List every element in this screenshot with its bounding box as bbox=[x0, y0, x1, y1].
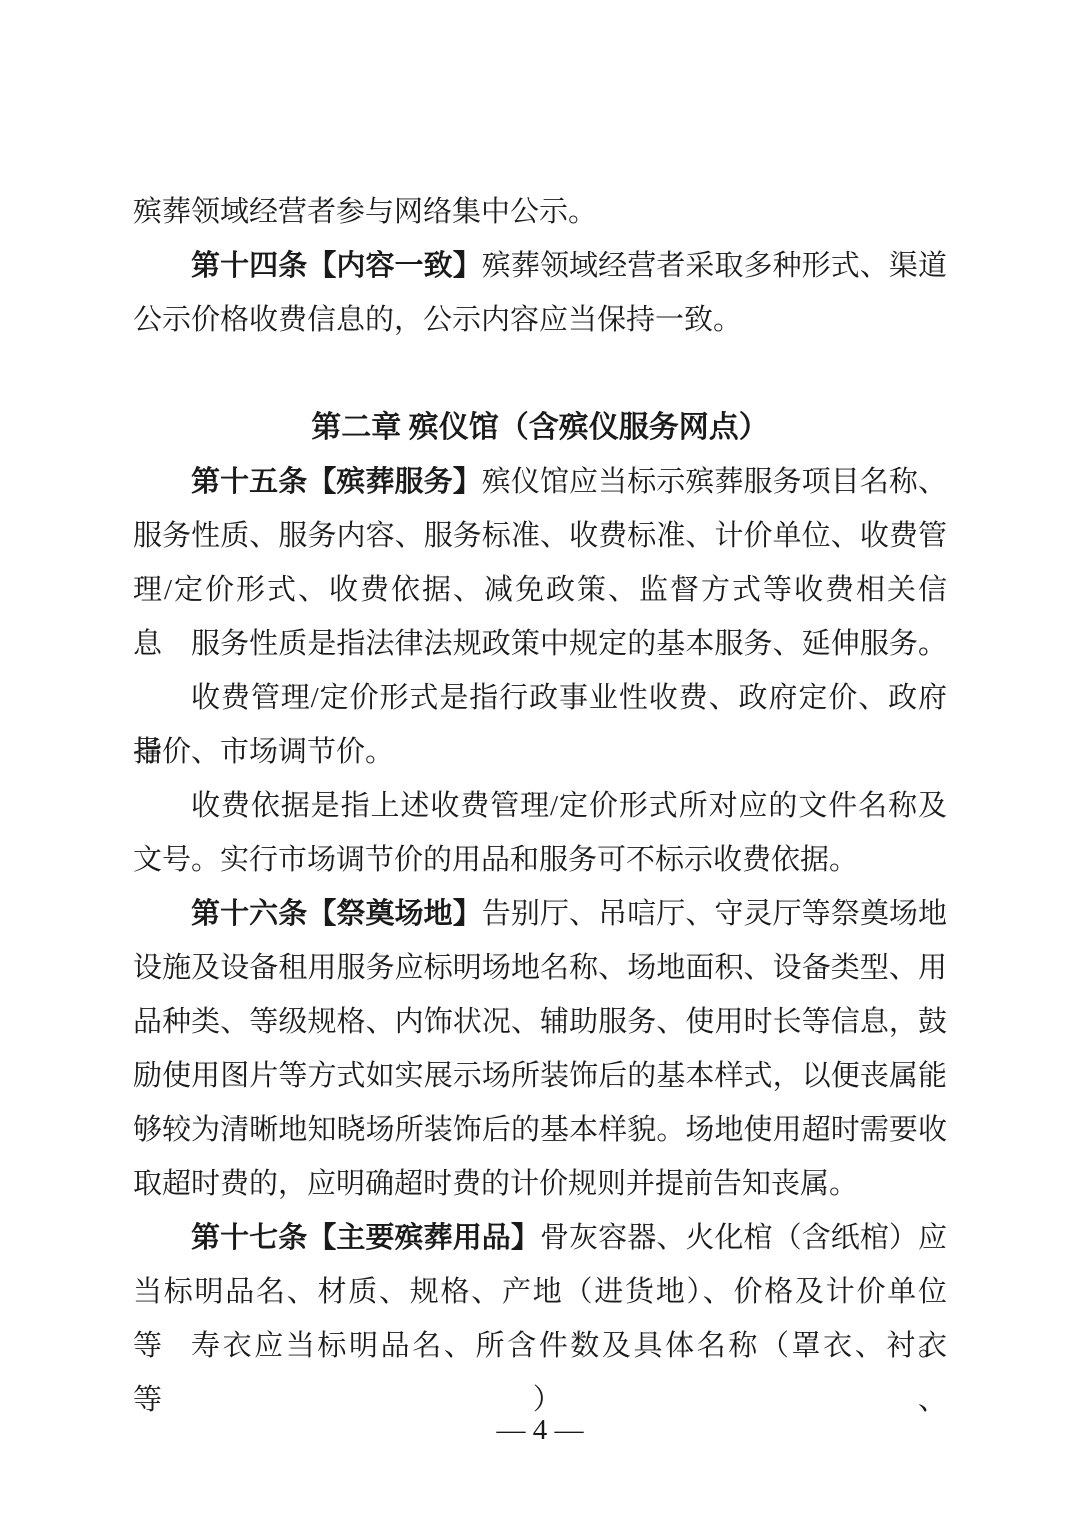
body-line: 第十五条【殡葬服务】殡仪馆应当标示殡葬服务项目名称、 bbox=[133, 455, 947, 509]
article-number-label: 第十五条【殡葬服务】 bbox=[191, 466, 482, 498]
body-line: 励使用图片等方式如实展示场所装饰后的基本样式，以便丧属能 bbox=[133, 1049, 947, 1103]
body-line-text: 殡仪馆应当标示殡葬服务项目名称、 bbox=[482, 466, 947, 498]
chapter-heading: 第二章 殡仪馆（含殡仪服务网点） bbox=[133, 401, 947, 455]
body-line: 设施及设备租用服务应标明场地名称、场地面积、设备类型、用 bbox=[133, 941, 947, 995]
body-line-text: 服务性质、服务内容、服务标准、收费标准、计价单位、收费管 bbox=[133, 520, 947, 552]
body-line: 寿衣应当标明品名、所含件数及具体名称（罩衣、衬衣等）、 bbox=[133, 1319, 947, 1373]
body-line: 收费管理/定价形式是指行政事业性收费、政府定价、政府指 bbox=[133, 671, 947, 725]
article-number-label: 第十六条【祭奠场地】 bbox=[191, 898, 482, 930]
body-line: 殡葬领域经营者参与网络集中公示。 bbox=[133, 185, 947, 239]
page-number: — 4 — bbox=[0, 1403, 1080, 1457]
body-line: 收费依据是指上述收费管理/定价形式所对应的文件名称及 bbox=[133, 779, 947, 833]
body-line: 公示价格收费信息的，公示内容应当保持一致。 bbox=[133, 293, 947, 347]
body-line: 够较为清晰地知晓场所装饰后的基本样貌。场地使用超时需要收 bbox=[133, 1103, 947, 1157]
body-line: 当标明品名、材质、规格、产地（进货地）、价格及计价单位等。 bbox=[133, 1265, 947, 1319]
body-line-text: 取超时费的，应明确超时费的计价规则并提前告知丧属。 bbox=[133, 1168, 858, 1200]
body-line-text: 设施及设备租用服务应标明场地名称、场地面积、设备类型、用 bbox=[133, 952, 947, 984]
body-line-text: 骨灰容器、火化棺（含纸棺）应 bbox=[540, 1222, 947, 1254]
body-line: 服务性质是指法律法规政策中规定的基本服务、延伸服务。 bbox=[133, 617, 947, 671]
body-line-text: 殡葬领域经营者采取多种形式、渠道 bbox=[482, 250, 947, 282]
body-line-text: 文号。实行市场调节价的用品和服务可不标示收费依据。 bbox=[133, 844, 858, 876]
body-line-text: 励使用图片等方式如实展示场所装饰后的基本样式，以便丧属能 bbox=[133, 1060, 947, 1092]
body-line: 服务性质、服务内容、服务标准、收费标准、计价单位、收费管 bbox=[133, 509, 947, 563]
article-number-label: 第十四条【内容一致】 bbox=[191, 250, 482, 282]
document-page: 殡葬领域经营者参与网络集中公示。 第十四条【内容一致】殡葬领域经营者采取多种形式… bbox=[0, 0, 1080, 1528]
body-line: 理/定价形式、收费依据、减免政策、监督方式等收费相关信息。 bbox=[133, 563, 947, 617]
document-body: 殡葬领域经营者参与网络集中公示。 第十四条【内容一致】殡葬领域经营者采取多种形式… bbox=[133, 185, 947, 1373]
body-line-text: 品种类、等级规格、内饰状况、辅助服务、使用时长等信息，鼓 bbox=[133, 1006, 947, 1038]
body-line-text: 导价、市场调节价。 bbox=[133, 736, 394, 768]
body-line-text: 公示价格收费信息的，公示内容应当保持一致。 bbox=[133, 304, 742, 336]
body-line: 第十七条【主要殡葬用品】骨灰容器、火化棺（含纸棺）应 bbox=[133, 1211, 947, 1265]
body-line: 品种类、等级规格、内饰状况、辅助服务、使用时长等信息，鼓 bbox=[133, 995, 947, 1049]
body-line: 取超时费的，应明确超时费的计价规则并提前告知丧属。 bbox=[133, 1157, 947, 1211]
body-line-text: 服务性质是指法律法规政策中规定的基本服务、延伸服务。 bbox=[191, 628, 947, 660]
body-line: 文号。实行市场调节价的用品和服务可不标示收费依据。 bbox=[133, 833, 947, 887]
body-line: 第十六条【祭奠场地】告别厅、吊唁厅、守灵厅等祭奠场地 bbox=[133, 887, 947, 941]
body-line-text: 告别厅、吊唁厅、守灵厅等祭奠场地 bbox=[482, 898, 947, 930]
article-number-label: 第十七条【主要殡葬用品】 bbox=[191, 1222, 540, 1254]
body-line-text: 够较为清晰地知晓场所装饰后的基本样貌。场地使用超时需要收 bbox=[133, 1114, 947, 1146]
body-line: 第十四条【内容一致】殡葬领域经营者采取多种形式、渠道 bbox=[133, 239, 947, 293]
body-line: 导价、市场调节价。 bbox=[133, 725, 947, 779]
body-line-text: 殡葬领域经营者参与网络集中公示。 bbox=[133, 196, 597, 228]
body-line-text: 收费依据是指上述收费管理/定价形式所对应的文件名称及 bbox=[191, 790, 947, 822]
